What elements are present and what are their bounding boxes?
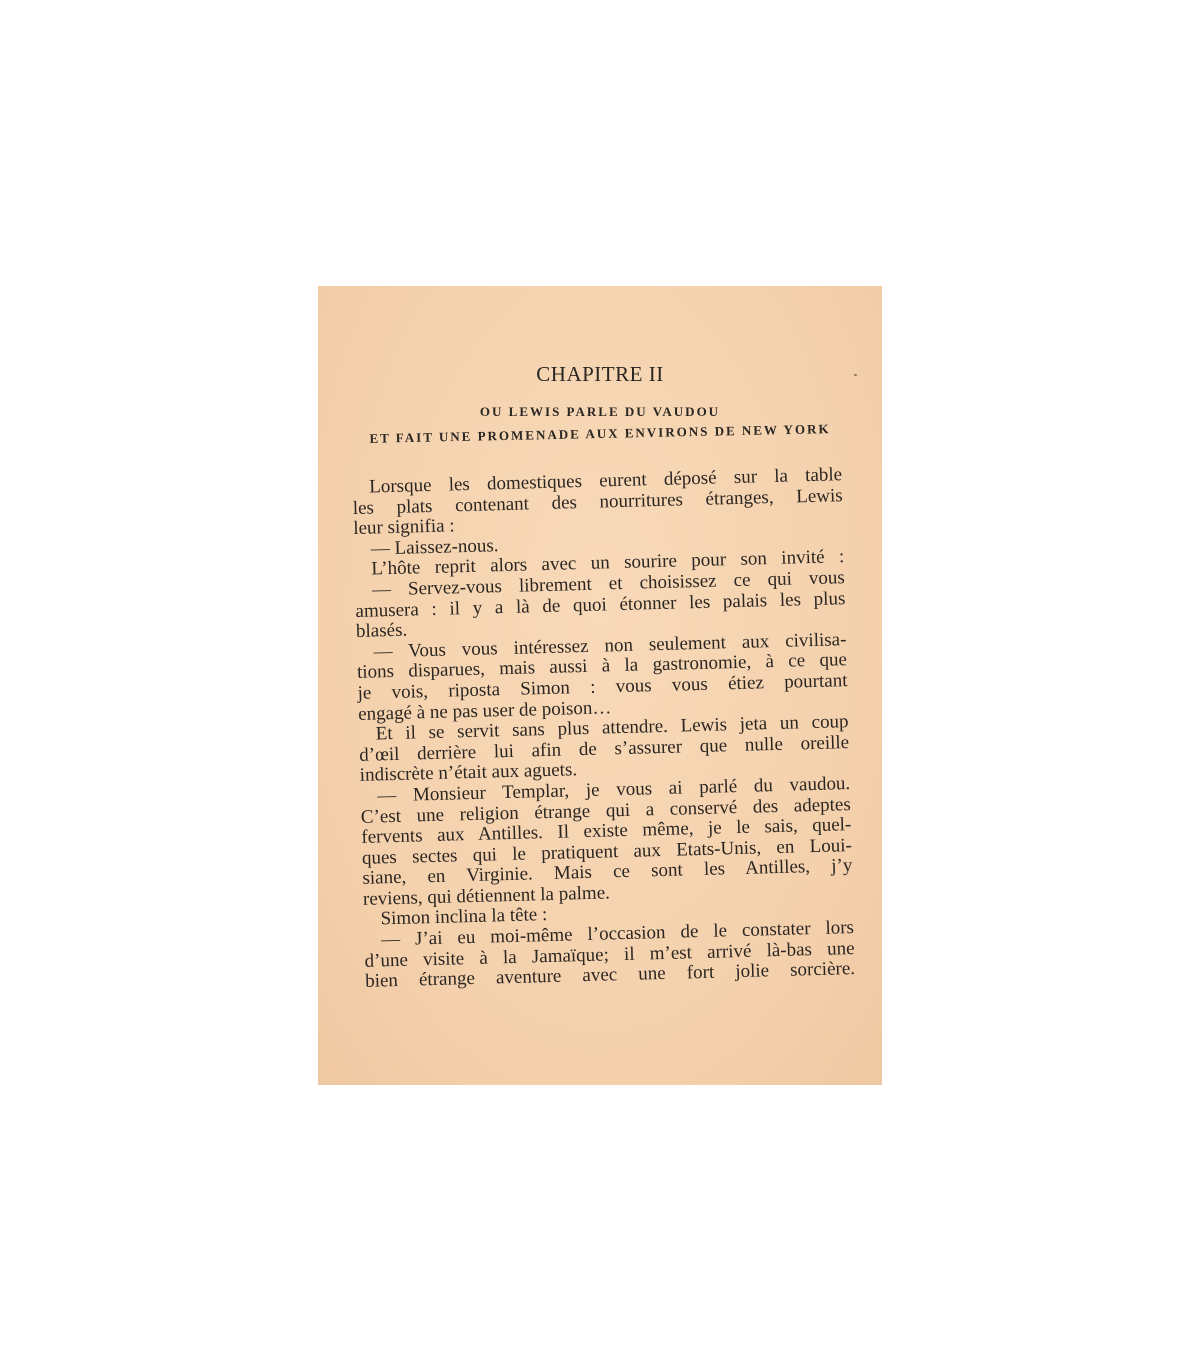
chapter-title: CHAPITRE II <box>318 362 882 387</box>
chapter-subtitle-line-2: ET FAIT UNE PROMENADE AUX ENVIRONS DE NE… <box>318 420 882 448</box>
chapter-body-text: Lorsque les domestiques eurent déposé su… <box>352 465 855 992</box>
chapter-subtitle-line-1: OU LEWIS PARLE DU VAUDOU <box>318 404 882 420</box>
book-page: CHAPITRE II OU LEWIS PARLE DU VAUDOU ET … <box>318 286 882 1085</box>
